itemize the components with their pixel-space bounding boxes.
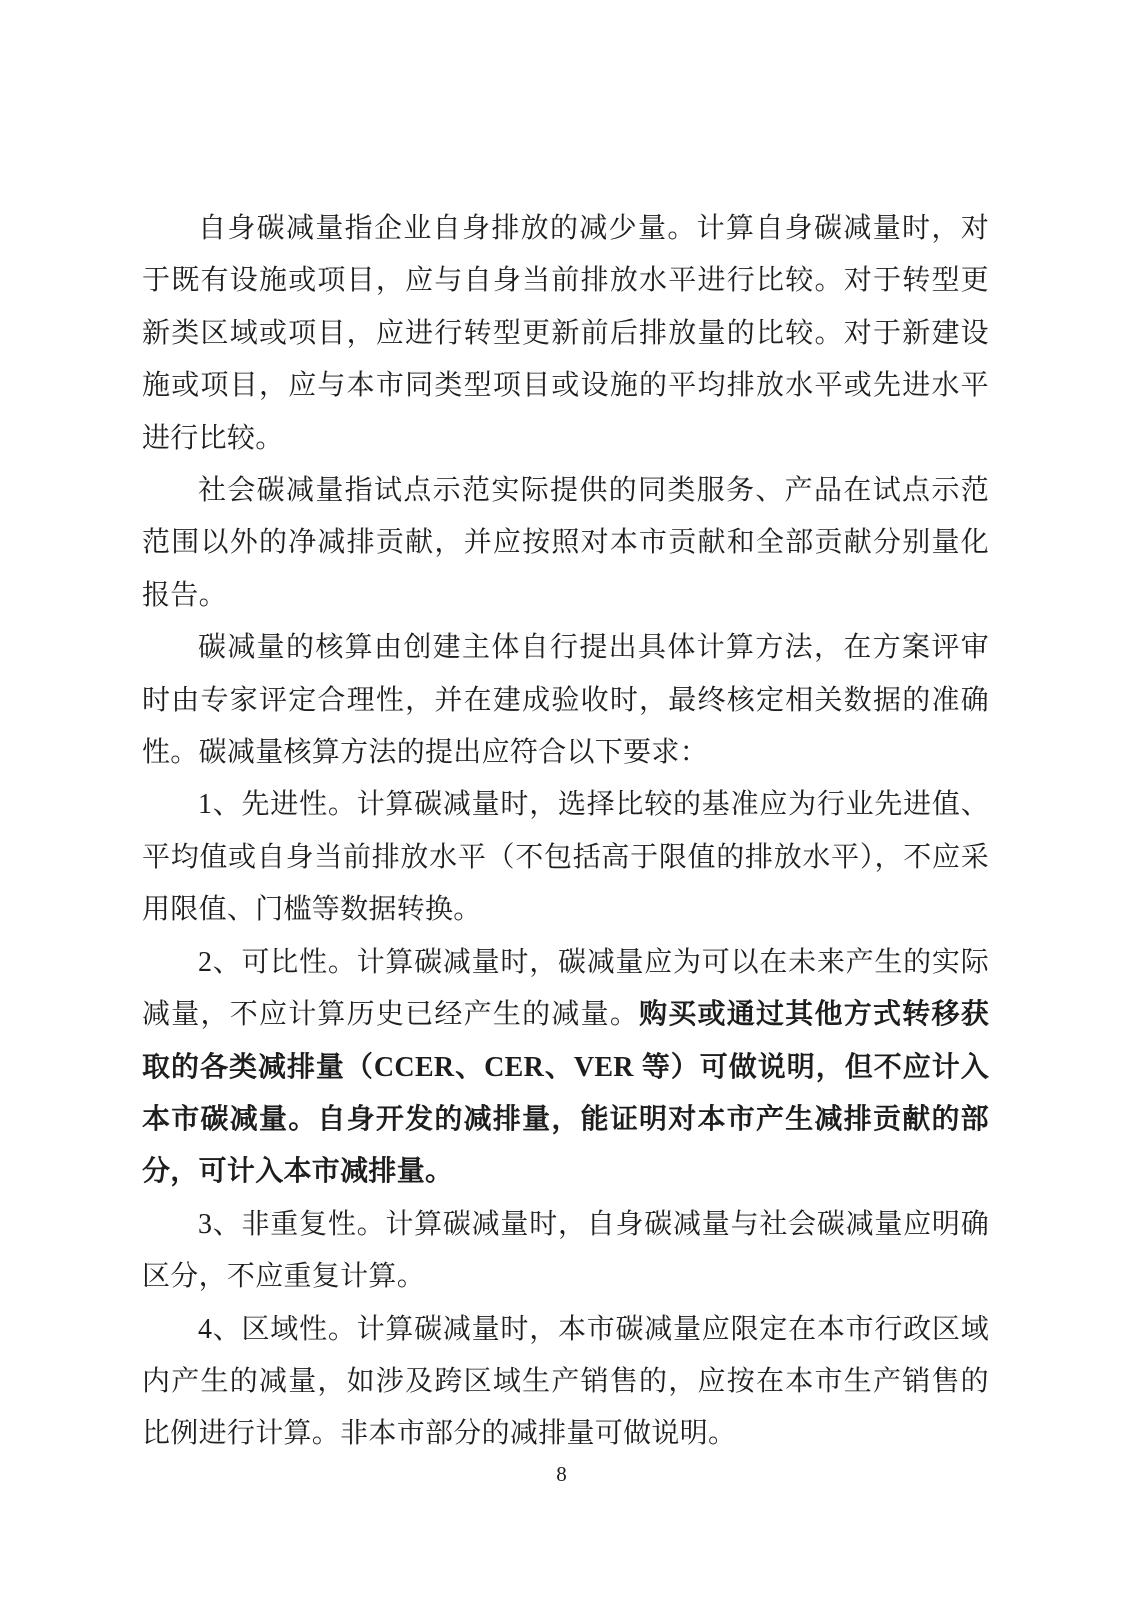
paragraph: 碳减量的核算由创建主体自行提出具体计算方法，在方案评审时由专家评定合理性，并在建…: [142, 622, 989, 779]
paragraph: 2、可比性。计算碳减量时，碳减量应为可以在未来产生的实际减量，不应计算历史已经产…: [142, 937, 989, 1199]
text-run: 1、先进性。计算碳减量时，选择比较的基准应为行业先进值、平均值或自身当前排放水平…: [142, 789, 989, 925]
text-run: 碳减量的核算由创建主体自行提出具体计算方法，在方案评审时由专家评定合理性，并在建…: [142, 632, 989, 768]
paragraph: 1、先进性。计算碳减量时，选择比较的基准应为行业先进值、平均值或自身当前排放水平…: [142, 779, 989, 936]
paragraph: 自身碳减量指企业自身排放的减少量。计算自身碳减量时，对于既有设施或项目，应与自身…: [142, 203, 989, 465]
text-run: 4、区域性。计算碳减量时，本市碳减量应限定在本市行政区域内产生的减量，如涉及跨区…: [142, 1314, 989, 1450]
paragraph: 3、非重复性。计算碳减量时，自身碳减量与社会碳减量应明确区分，不应重复计算。: [142, 1199, 989, 1304]
text-run: 自身碳减量指企业自身排放的减少量。计算自身碳减量时，对于既有设施或项目，应与自身…: [142, 213, 989, 454]
paragraph: 社会碳减量指试点示范实际提供的同类服务、产品在试点示范范围以外的净减排贡献，并应…: [142, 465, 989, 622]
page-number: 8: [0, 1462, 1123, 1487]
paragraph: 4、区域性。计算碳减量时，本市碳减量应限定在本市行政区域内产生的减量，如涉及跨区…: [142, 1304, 989, 1461]
document-page: 自身碳减量指企业自身排放的减少量。计算自身碳减量时，对于既有设施或项目，应与自身…: [0, 0, 1131, 1600]
text-run: 3、非重复性。计算碳减量时，自身碳减量与社会碳减量应明确区分，不应重复计算。: [142, 1209, 989, 1292]
text-run: 社会碳减量指试点示范实际提供的同类服务、产品在试点示范范围以外的净减排贡献，并应…: [142, 475, 989, 611]
document-body: 自身碳减量指企业自身排放的减少量。计算自身碳减量时，对于既有设施或项目，应与自身…: [142, 203, 989, 1461]
